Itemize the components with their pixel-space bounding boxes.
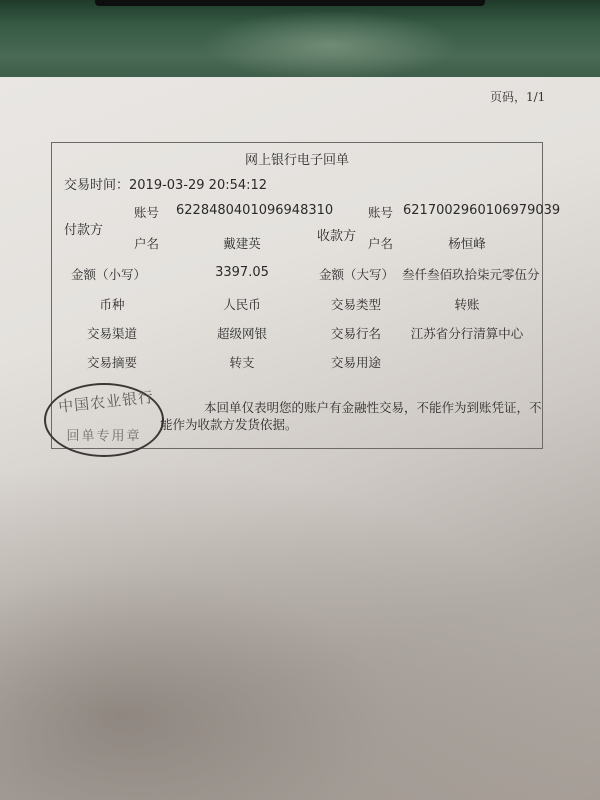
amount-upper-value: 叁仟叁佰玖拾柒元零伍分 — [402, 265, 540, 283]
bank-name-value: 江苏省分行清算中心 — [411, 324, 524, 342]
bank-seal-stamp: 中国农业银行 回单专用章 — [44, 383, 164, 457]
bank-name-label: 交易行名 — [331, 324, 381, 342]
amount-upper-label: 金额（大写） — [319, 265, 394, 283]
page-number: 页码，1/1 — [490, 88, 545, 105]
payer-account-label: 账号 — [134, 203, 159, 221]
payee-account-label: 账号 — [368, 203, 393, 221]
receipt-box: 网上银行电子回单 交易时间：2019-03-29 20:54:12 付款方 账号… — [51, 142, 543, 449]
currency-value: 人民币 — [223, 295, 261, 313]
payer-name-label: 户名 — [134, 234, 159, 252]
light-reflection — [200, 10, 460, 80]
payer-account-number: 6228480401096948310 — [176, 203, 333, 218]
transaction-time: 交易时间：2019-03-29 20:54:12 — [64, 174, 267, 193]
summary-label: 交易摘要 — [87, 353, 137, 371]
payee-name-label: 户名 — [368, 234, 393, 252]
amount-lower-value: 3397.05 — [215, 265, 269, 280]
stamp-top-text: 中国农业银行 — [53, 386, 159, 418]
amount-lower-label: 金额（小写） — [71, 265, 146, 283]
notice-line-1: 本回单仅表明您的账户有金融性交易，不能作为到账凭证，不 — [204, 398, 542, 416]
transaction-type-label: 交易类型 — [331, 295, 381, 313]
notice-line-2: 能作为收款方发货依据。 — [160, 415, 298, 433]
channel-value: 超级网银 — [217, 324, 267, 342]
purpose-label: 交易用途 — [331, 353, 381, 371]
receipt-title: 网上银行电子回单 — [52, 149, 542, 168]
transaction-type-value: 转账 — [454, 295, 479, 313]
payer-name: 戴建英 — [223, 234, 261, 252]
payer-label: 付款方 — [64, 219, 103, 238]
payee-label: 收款方 — [317, 225, 356, 244]
channel-label: 交易渠道 — [87, 324, 137, 342]
dark-object — [95, 0, 485, 6]
currency-label: 币种 — [99, 295, 124, 313]
stamp-bottom-text: 回单专用章 — [46, 425, 162, 444]
payee-account-number: 6217002960106979039 — [403, 203, 560, 218]
summary-value: 转支 — [229, 353, 254, 371]
payee-name: 杨恒峰 — [448, 234, 486, 252]
paper-shadow — [0, 460, 600, 800]
